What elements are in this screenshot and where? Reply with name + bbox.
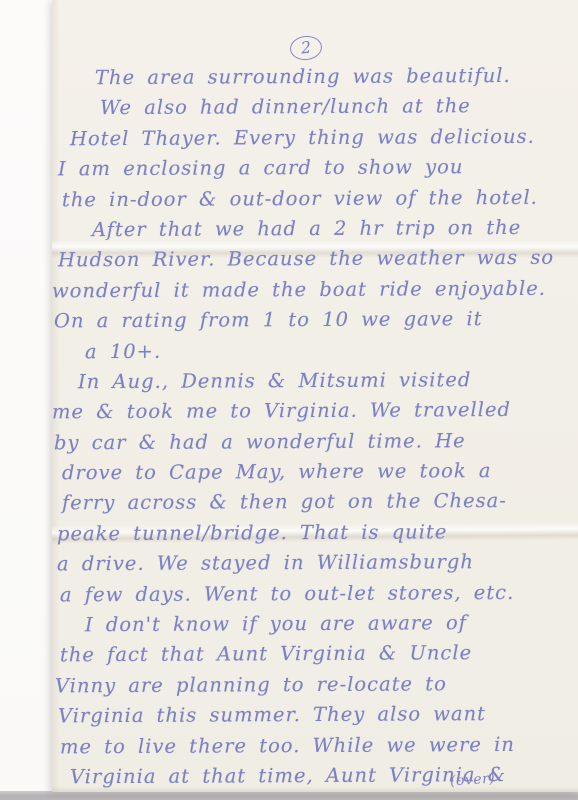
handwritten-line: a few days. Went to out-let stores, etc. <box>52 577 572 610</box>
handwritten-line: me & took me to Virginia. We travelled <box>52 395 572 428</box>
over-note: (over) <box>449 770 495 789</box>
handwritten-line: I am enclosing a card to show you <box>52 152 572 185</box>
handwritten-line: the fact that Aunt Virginia & Uncle <box>52 638 572 671</box>
handwritten-line: The area surrounding was beautiful. <box>52 61 572 94</box>
handwritten-line: a 10+. <box>52 334 572 367</box>
handwritten-line: Hotel Thayer. Every thing was delicious. <box>52 121 572 154</box>
handwritten-body: The area surrounding was beautiful.We al… <box>52 62 572 791</box>
handwritten-line: I don't know if you are aware of <box>52 608 572 641</box>
handwritten-line: Vinny are planning to re-locate to <box>52 668 572 701</box>
handwritten-line: a drive. We stayed in Williamsburgh <box>52 547 572 580</box>
scanned-letter-scene: 2 The area surrounding was beautiful.We … <box>0 0 578 800</box>
handwritten-line: We also had dinner/lunch at the <box>52 91 572 124</box>
handwritten-line: On a rating from 1 to 10 we gave it <box>52 304 572 337</box>
letter-page: 2 The area surrounding was beautiful.We … <box>52 0 578 792</box>
handwritten-line: wonderful it made the boat ride enjoyabl… <box>52 273 572 306</box>
handwritten-line: After that we had a 2 hr trip on the <box>52 213 572 246</box>
handwritten-line: by car & had a wonderful time. He <box>52 425 572 458</box>
handwritten-line: Hudson River. Because the weather was so <box>52 243 572 276</box>
handwritten-line: the in-door & out-door view of the hotel… <box>52 182 572 215</box>
handwritten-line: peake tunnel/bridge. That is quite <box>52 516 572 549</box>
handwritten-line: ferry across & then got on the Chesa- <box>52 486 572 519</box>
handwritten-line: Virginia this summer. They also want <box>52 699 572 732</box>
circled-page-number: 2 <box>289 34 323 61</box>
handwritten-line: me to live there too. While we were in <box>52 729 572 762</box>
handwritten-line: In Aug., Dennis & Mitsumi visited <box>52 365 572 398</box>
handwritten-line: drove to Cape May, where we took a <box>52 456 572 489</box>
page-number-container: 2 <box>52 36 578 60</box>
